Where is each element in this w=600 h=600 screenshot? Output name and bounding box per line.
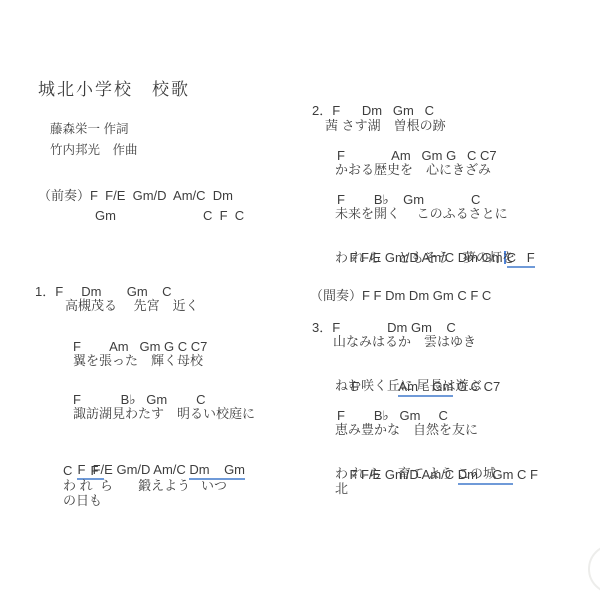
verse1-line2-chords: F Am Gm G C C7 [73, 339, 207, 354]
verse2-line3-lyrics: 未来を開く このふるさとに [335, 206, 508, 221]
interlude-chords: （間奏）F F Dm Dm Gm C F C [310, 288, 491, 303]
verse2-line2-chords: F Am Gm G C C7 [337, 148, 497, 163]
verse1-line3-chords: F B♭ Gm C [73, 392, 206, 407]
verse2-line3-chords: F B♭ Gm C [337, 192, 480, 207]
prelude-chords-line2-cfc: C F C [203, 208, 244, 223]
verse3-line1-lyrics: 山なみはるか 雲はゆき [333, 334, 476, 349]
prelude-chords-line2-gm: Gm [95, 208, 116, 223]
lyricist-credit: 藤森栄一 作詞 [50, 122, 128, 137]
verse2-line2-lyrics: かおる歴史を 心にきざみ [335, 162, 491, 177]
verse3-line1-chords: 3．F Dm Gm C [312, 320, 456, 335]
verse3-line4-lyrics: わ れ ら 育て よう この城 [335, 466, 496, 481]
verse1-line1-lyrics: 高槻茂る 先宮 近く [65, 298, 199, 313]
verse2-line1-lyrics: 茜 さす湖 曽根の跡 [325, 118, 446, 133]
verse1-line4-lyrics: わ れ ら 鍛えよう いつ [63, 478, 227, 493]
verse3-line3-lyrics: 恵み豊かな 自然を友に [335, 422, 478, 437]
prelude-chords-line1: （前奏）F F/E Gm/D Am/C Dm [38, 188, 233, 203]
verse3-line3-chords: F B♭ Gm C [337, 408, 448, 423]
verse2-line4-lyrics: わ れ ら ともそう 夢の灯を [335, 250, 515, 265]
song-title: 城北小学校 校歌 [38, 82, 190, 97]
verse1-line5-lyrics: の日も [63, 493, 102, 508]
verse1-line4-chords-wrap: C F [63, 463, 98, 478]
composer-credit: 竹内邦光 作曲 [50, 143, 138, 158]
verse2-line1-chords: 2．F Dm Gm C [312, 103, 434, 118]
verse3-line5-lyrics: 北 [335, 481, 348, 496]
floating-button-partial[interactable] [588, 544, 600, 594]
verse1-line2-lyrics: 翼を張った 輝く母校 [73, 353, 203, 368]
verse1-line3-lyrics: 諏訪湖見わたす 明るい校庭に [73, 406, 255, 421]
verse1-line4-plain-chords: E Gm/D Am/C [104, 462, 189, 477]
song-sheet-page: 城北小学校 校歌 藤森栄一 作詞 竹内邦光 作曲 （前奏）F F/E Gm/D … [0, 0, 600, 600]
verse3-line4-plain-rest: C F [513, 467, 538, 482]
verse3-line2-lyrics: ねむ咲く丘に 尾長は遊ぶ [335, 378, 482, 393]
verse1-line1-chords: 1．F Dm Gm C [35, 284, 172, 299]
